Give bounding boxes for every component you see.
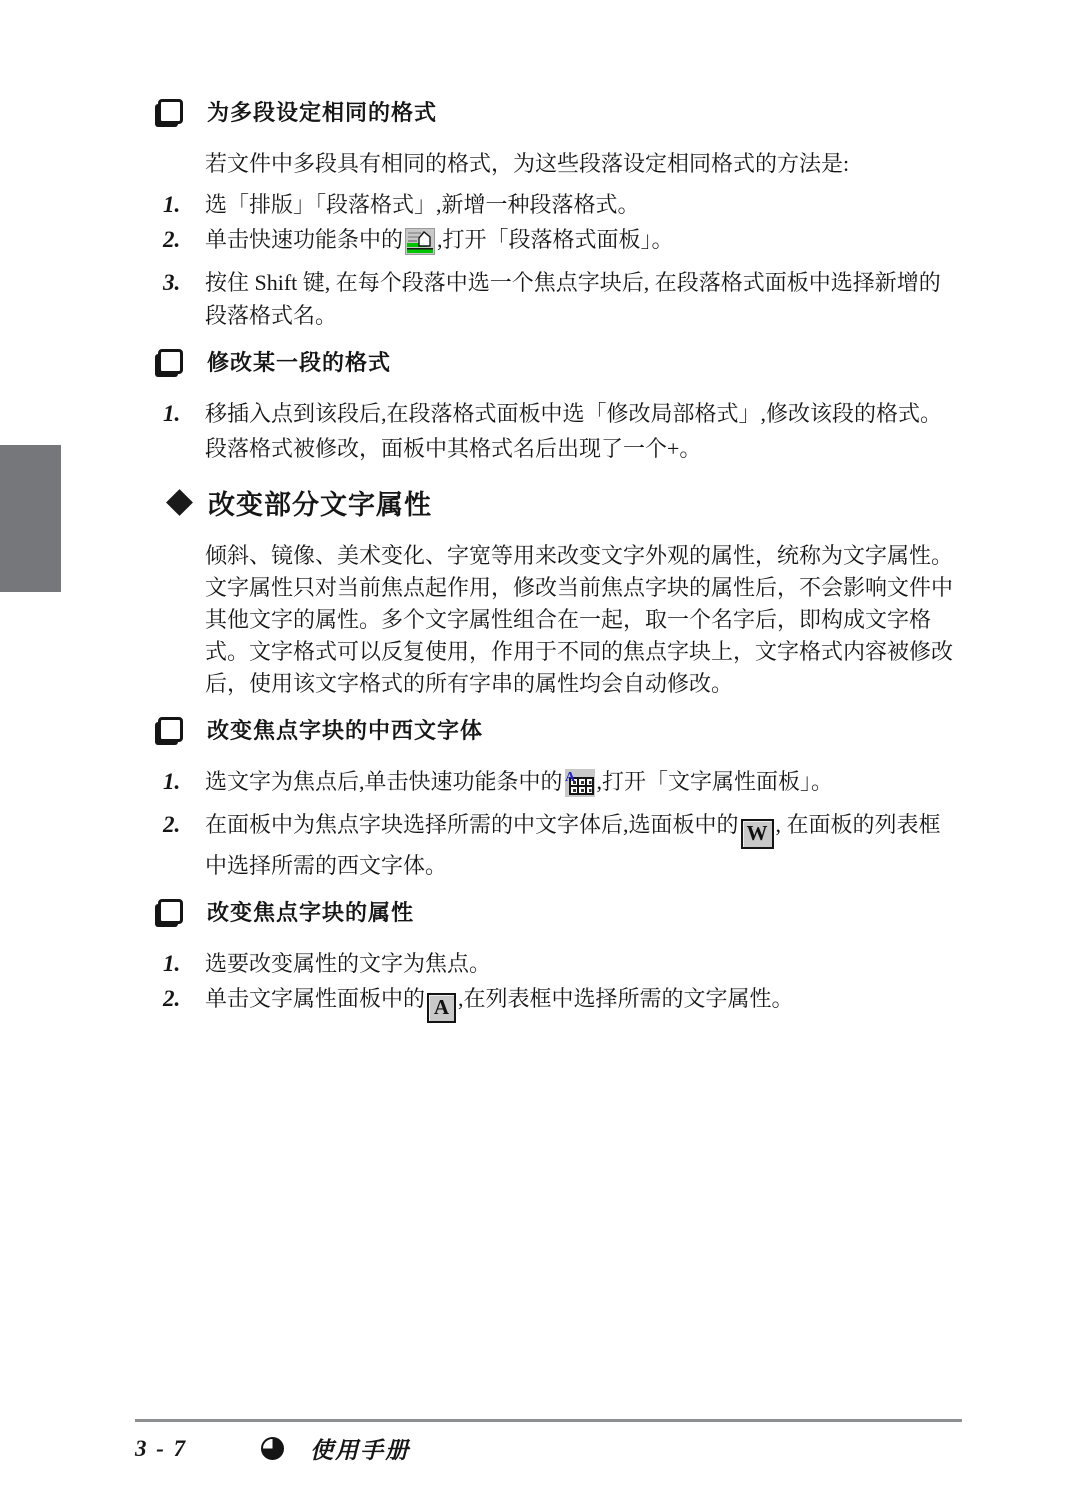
major-section-body: 倾斜、镜像、美术变化、字宽等用来改变文字外观的属性，统称为文字属性。文字属性只对… bbox=[205, 540, 962, 700]
step-text: 单击快速功能条中的,打开「段落格式面板」。 bbox=[205, 223, 962, 264]
section-title: 修改某一段的格式 bbox=[207, 346, 391, 377]
step-number: 1. bbox=[158, 397, 205, 430]
step-number: 1. bbox=[158, 765, 205, 798]
step-item: 1. 选文字为焦点后,单击快速功能条中的A,打开「文字属性面板」。 bbox=[158, 765, 962, 806]
step-item: 2. 单击快速功能条中的,打开「段落格式面板」。 bbox=[158, 223, 962, 264]
step-item: 1. 选要改变属性的文字为焦点。 bbox=[158, 947, 962, 980]
section-title: 改变焦点字块的中西文字体 bbox=[207, 714, 483, 745]
step-text: 选「排版」「段落格式」,新增一种段落格式。 bbox=[205, 188, 962, 221]
step-number: 1. bbox=[158, 947, 205, 980]
section-header-same-format: 为多段设定相同的格式 bbox=[158, 96, 962, 127]
step-text-after: ,在列表框中选择所需的文字属性。 bbox=[458, 986, 794, 1011]
section-header-change-attributes: 改变焦点字块的属性 bbox=[158, 896, 962, 927]
manual-title: 使用手册 bbox=[310, 1432, 410, 1465]
step-text: 单击文字属性面板中的A,在列表框中选择所需的文字属性。 bbox=[205, 982, 962, 1023]
font-table-button-icon: A bbox=[565, 769, 595, 806]
step-text: 在面板中为焦点字块选择所需的中文字体后,选面板中的W, 在面板的列表框中选择所需… bbox=[205, 808, 962, 882]
step-item: 1. 移插入点到该段后,在段落格式面板中选「修改局部格式」,修改该段的格式。 段… bbox=[158, 397, 962, 465]
page-number: 3 - 7 bbox=[135, 1436, 187, 1462]
major-section-header: 改变部分文字属性 bbox=[158, 483, 962, 522]
western-font-button-icon: W bbox=[741, 816, 774, 849]
manual-page: 为多段设定相同的格式 若文件中多段具有相同的格式，为这些段落设定相同格式的方法是… bbox=[0, 0, 1073, 1488]
diamond-bullet-icon bbox=[166, 489, 193, 516]
shadowed-square-icon bbox=[158, 717, 183, 742]
step-text-after: ,打开「文字属性面板」。 bbox=[597, 769, 834, 794]
section-title: 为多段设定相同的格式 bbox=[207, 96, 437, 127]
shadowed-square-icon bbox=[158, 99, 183, 124]
step-number: 1. bbox=[158, 188, 205, 221]
text-attribute-button-icon: A bbox=[427, 990, 456, 1023]
western-font-button-label: W bbox=[747, 817, 768, 850]
page-content: 为多段设定相同的格式 若文件中多段具有相同的格式，为这些段落设定相同格式的方法是… bbox=[0, 0, 1073, 1025]
section-title: 改变焦点字块的属性 bbox=[207, 896, 414, 927]
shadowed-square-icon bbox=[158, 899, 183, 924]
step-text-before: 单击快速功能条中的 bbox=[205, 227, 403, 252]
step-item: 2. 在面板中为焦点字块选择所需的中文字体后,选面板中的W, 在面板的列表框中选… bbox=[158, 808, 962, 882]
step-text: 选要改变属性的文字为焦点。 bbox=[205, 947, 962, 980]
page-footer: 3 - 7 使用手册 bbox=[135, 1419, 962, 1465]
step-text: 按住 Shift 键, 在每个段落中选一个焦点字块后, 在段落格式面板中选择新增… bbox=[205, 266, 962, 332]
step-number: 3. bbox=[158, 266, 205, 299]
step-text: 移插入点到该段后,在段落格式面板中选「修改局部格式」,修改该段的格式。 段落格式… bbox=[205, 397, 962, 465]
step-number: 2. bbox=[158, 808, 205, 841]
footer-rule bbox=[135, 1419, 962, 1422]
step-text-before: 选文字为焦点后,单击快速功能条中的 bbox=[205, 769, 563, 794]
svg-text:A: A bbox=[565, 770, 576, 785]
shadowed-square-icon bbox=[158, 349, 183, 374]
step-text: 选文字为焦点后,单击快速功能条中的A,打开「文字属性面板」。 bbox=[205, 765, 962, 806]
step-text-before: 单击文字属性面板中的 bbox=[205, 986, 425, 1011]
step-item: 2. 单击文字属性面板中的A,在列表框中选择所需的文字属性。 bbox=[158, 982, 962, 1023]
paragraph-format-button-icon bbox=[405, 228, 435, 264]
step-number: 2. bbox=[158, 223, 205, 256]
section-intro: 若文件中多段具有相同的格式，为这些段落设定相同格式的方法是: bbox=[205, 147, 962, 180]
three-quarter-circle-icon bbox=[261, 1437, 284, 1460]
step-item: 1. 选「排版」「段落格式」,新增一种段落格式。 bbox=[158, 188, 962, 221]
major-section-title: 改变部分文字属性 bbox=[208, 483, 432, 522]
step-note: 段落格式被修改，面板中其格式名后出现了一个+。 bbox=[205, 432, 962, 465]
section-header-modify-paragraph: 修改某一段的格式 bbox=[158, 346, 962, 377]
step-text-after: ,打开「段落格式面板」。 bbox=[437, 227, 674, 252]
step-item: 3. 按住 Shift 键, 在每个段落中选一个焦点字块后, 在段落格式面板中选… bbox=[158, 266, 962, 332]
step-text-main: 移插入点到该段后,在段落格式面板中选「修改局部格式」,修改该段的格式。 bbox=[205, 401, 942, 426]
step-text-before: 在面板中为焦点字块选择所需的中文字体后,选面板中的 bbox=[205, 812, 739, 837]
step-number: 2. bbox=[158, 982, 205, 1015]
section-header-change-fonts: 改变焦点字块的中西文字体 bbox=[158, 714, 962, 745]
text-attribute-button-label: A bbox=[434, 991, 449, 1024]
